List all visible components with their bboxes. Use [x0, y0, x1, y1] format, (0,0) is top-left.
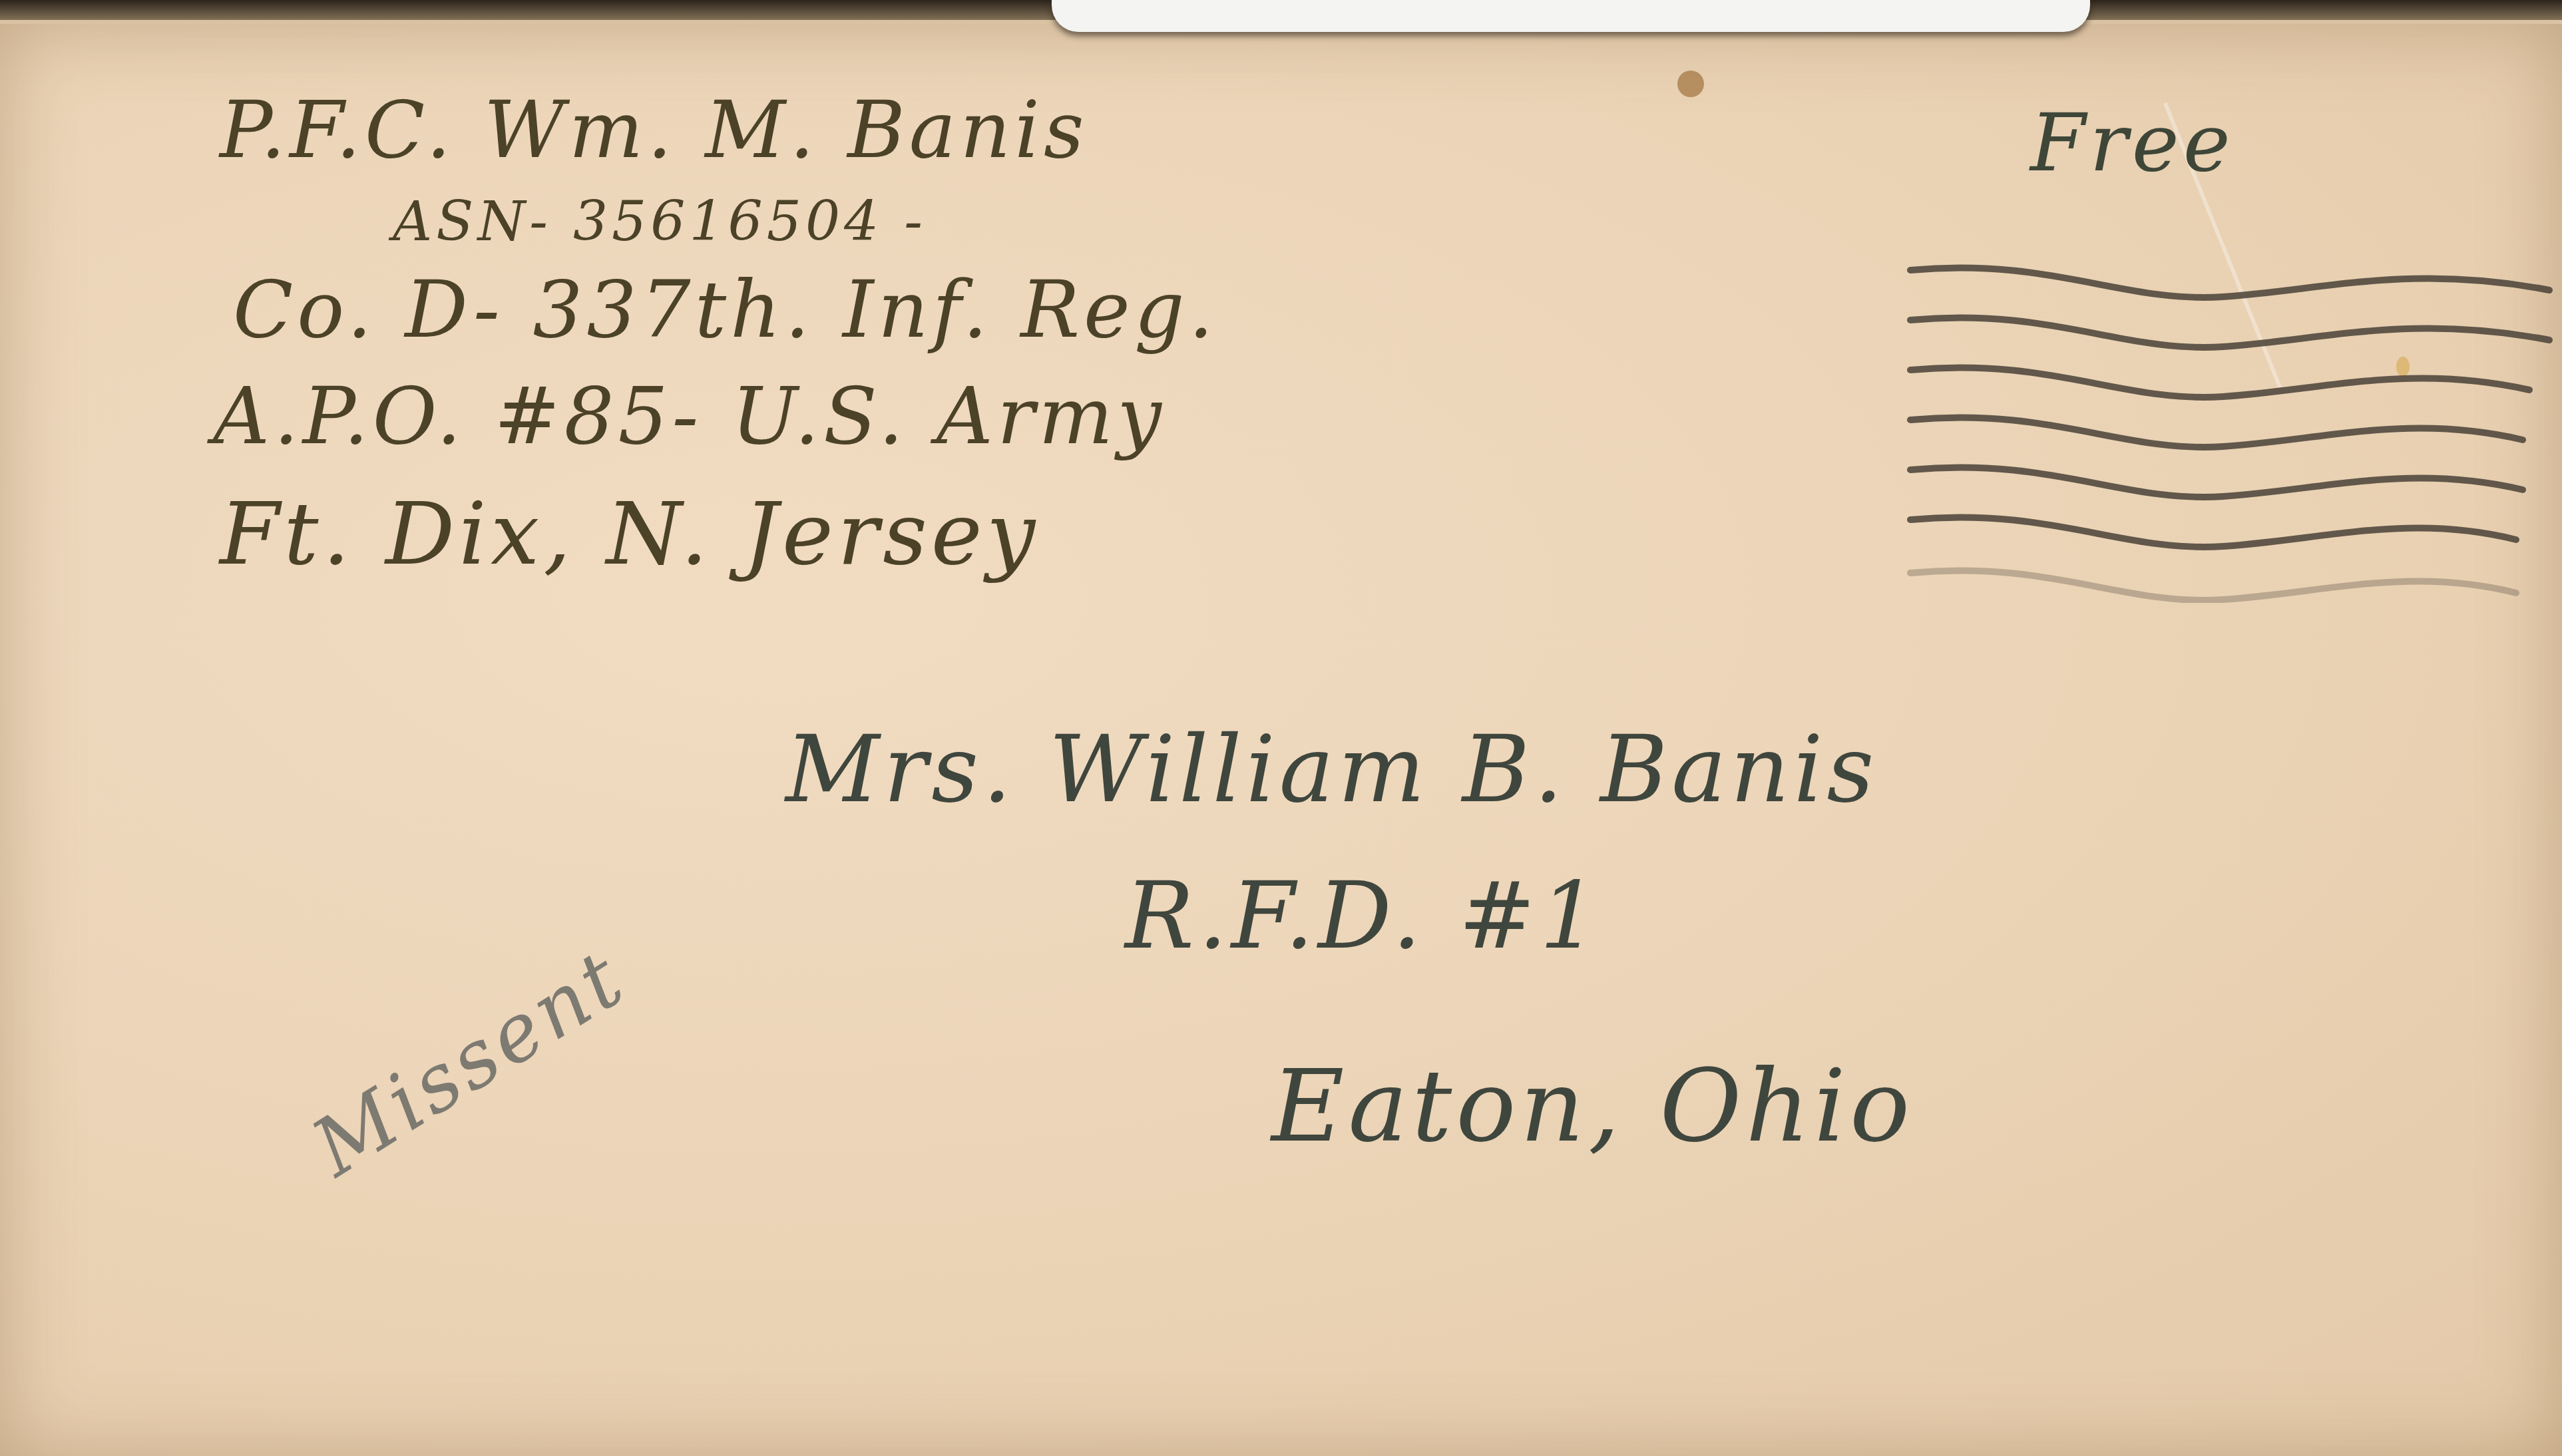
return-address-serial: ASN- 35616504 -: [393, 190, 927, 254]
return-address-name: P.F.C. Wm. M. Banis: [220, 84, 1088, 176]
addressee-name: Mrs. William B. Banis: [785, 716, 1878, 823]
pencil-missent-note: Missent: [297, 932, 641, 1194]
return-address-unit: Co. D- 337th. Inf. Reg.: [233, 264, 1217, 355]
envelope-opened-flap: [1052, 0, 2090, 32]
paper-stain: [1677, 71, 1704, 97]
addressee-city-state: Eaton, Ohio: [1271, 1049, 1914, 1165]
envelope: P.F.C. Wm. M. Banis ASN- 35616504 - Co. …: [0, 20, 2562, 1456]
postage-free-marking: Free: [2030, 97, 2235, 190]
return-address-apo: A.P.O. #85- U.S. Army: [213, 370, 1166, 462]
return-address-location: Ft. Dix, N. Jersey: [220, 483, 1039, 584]
addressee-route: R.F.D. #1: [1125, 862, 1602, 970]
postmark-cancellation-lines: [1904, 257, 2556, 603]
